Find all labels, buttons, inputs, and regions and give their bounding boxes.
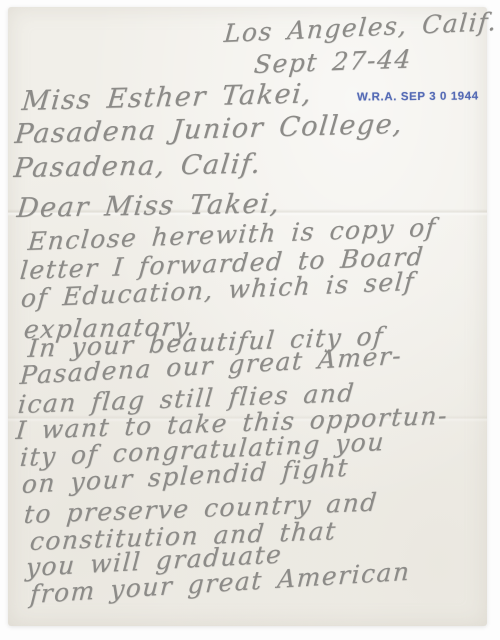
date-line: Sept 27-44 <box>253 44 413 79</box>
recipient-city-line: Pasadena, Calif. <box>12 149 263 184</box>
scanned-letter: Los Angeles, Calif. Sept 27-44 W.R.A. SE… <box>0 0 500 640</box>
received-date-stamp: W.R.A. SEP 3 0 1944 <box>357 90 479 103</box>
letter-paper: Los Angeles, Calif. Sept 27-44 W.R.A. SE… <box>8 7 487 626</box>
place-line: Los Angeles, Calif. <box>223 7 499 48</box>
recipient-name-line: Miss Esther Takei, <box>21 78 314 117</box>
